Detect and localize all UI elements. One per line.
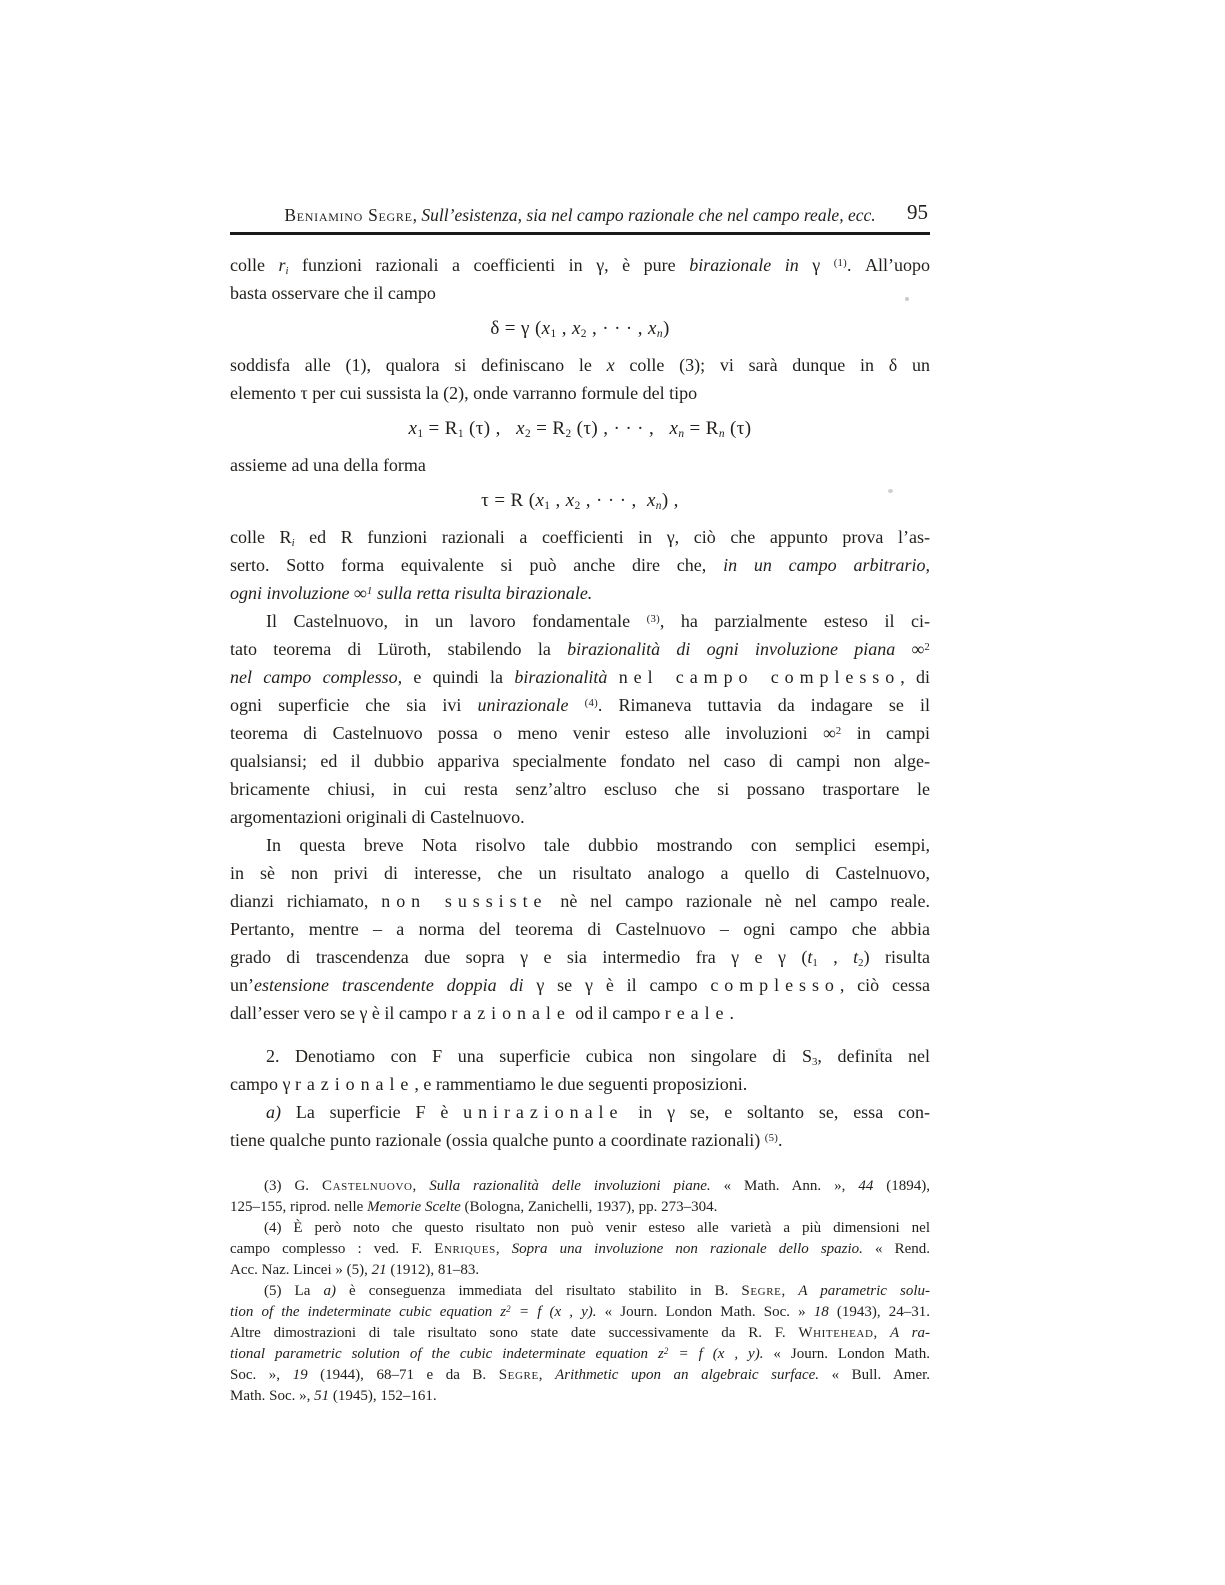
text-segment: in un campo arbitrario, [723,555,930,575]
scan-speck [888,489,893,493]
text-segment: , · · · , [581,490,647,511]
text-segment [569,695,585,715]
text-segment: unirazionale [463,1102,623,1122]
text-segment: = R [531,418,565,439]
text-segment: In questa breve Nota risolvo tale dubbio… [266,835,930,855]
text-segment: birazionale in [689,255,799,275]
text-segment: reale [665,1003,730,1023]
text-segment: (1912), 81–83. [387,1262,480,1278]
text-segment: . [778,1130,783,1150]
text-line: tion of the indeterminate cubic equation… [230,1302,930,1323]
text-segment: Pertanto, mentre – a norma del teorema d… [230,919,930,939]
text-segment: 1 [367,585,373,597]
text-segment: Memorie Scelte [367,1199,461,1215]
text-segment: (1) [834,257,847,269]
text-segment: Soc. », [230,1367,293,1383]
text-segment: 1 [458,428,464,440]
text-line: a) La superficie F è unirazionale in γ s… [230,1098,930,1126]
text-segment: un’ [230,975,254,995]
text-segment: 2 [836,725,842,737]
text-segment: tato teorema di Lüroth, stabilendo la [230,639,567,659]
text-segment: n [656,500,662,512]
text-segment: , [874,1325,891,1341]
header-author: Beniamino Segre [284,205,412,225]
text-line: argomentazioni originali di Castelnuovo. [230,803,930,831]
body-text: colle ri funzioni razionali a coefficien… [230,251,930,1154]
text-segment: x [566,490,575,511]
text-segment: e quindi la [402,667,514,687]
text-line: bricamente chiusi, in cui resta senz’alt… [230,775,930,803]
text-line: colle ri funzioni razionali a coefficien… [230,251,930,279]
text-segment: 44 [858,1178,873,1194]
text-segment: « Journ. London Math. [763,1346,930,1362]
text-segment: Sulla razionalità delle involuzioni pian… [429,1178,710,1194]
text-segment: 1 [544,500,550,512]
text-segment: n [719,428,725,440]
text-segment: n [678,428,684,440]
paragraph: a) La superficie F è unirazionale in γ s… [230,1098,930,1154]
text-segment: basta osservare che il campo [230,283,436,303]
text-segment: 3 [812,1056,817,1068]
text-segment: qualsiansi; ed il dubbio appariva specia… [230,751,930,771]
text-segment: Altre dimostrazioni di tale risultato so… [230,1325,798,1341]
text-segment: razionale [451,1003,570,1023]
text-line: tiene qualche punto razionale (ossia qua… [230,1126,930,1154]
text-segment: in sè non privi di interesse, che un ris… [230,863,930,883]
text-line: basta osservare che il campo [230,279,930,307]
text-segment: Castelnuovo [322,1178,413,1194]
text-segment: (τ) , · · · , [572,418,670,439]
text-segment: a) [266,1102,281,1122]
text-segment: , [413,1178,430,1194]
text-segment: Whitehead [798,1325,873,1341]
text-segment: in campi [841,723,930,743]
text-segment: ) , [662,490,679,511]
text-segment: estensione trascendente doppia di [254,975,524,995]
text-segment: grado di trascendenza due sopra γ e sia … [230,947,807,967]
text-line: colle Ri ed R funzioni razionali a coeff… [230,523,930,551]
text-segment: assieme ad una della forma [230,455,426,475]
paragraph: (4) È però noto che questo risultato non… [230,1218,930,1281]
text-segment: 19 [293,1367,308,1383]
text-segment: ) risulta [864,947,930,967]
paragraph: colle Ri ed R funzioni razionali a coeff… [230,523,930,607]
text-segment: ∞ [895,639,924,659]
text-segment: , [539,1367,555,1383]
paragraph: soddisfa alle (1), qualora si definiscan… [230,351,930,407]
text-segment: γ [799,255,834,275]
text-segment: od il campo [571,1003,665,1023]
text-segment: « Rend. [863,1241,930,1257]
text-segment: argomentazioni originali di Castelnuovo. [230,807,525,827]
text-line: un’estensione trascendente doppia di γ s… [230,971,930,999]
text-segment: 1 [550,328,556,340]
text-segment: colle [230,255,279,275]
text-segment: La superficie F è [281,1102,463,1122]
text-segment: (1944), 68–71 e da B. [308,1367,499,1383]
text-line: qualsiansi; ed il dubbio appariva specia… [230,747,930,775]
text-segment: Il Castelnuovo, in un lavoro fondamental… [266,611,647,631]
text-segment: « Math. Ann. », [711,1178,859,1194]
paragraph: 2. Denotiamo con F una superficie cubica… [230,1042,930,1098]
text-line: (4) È però noto che questo risultato non… [230,1218,930,1239]
running-header-text: Beniamino Segre, Sull’esistenza, sia nel… [230,203,930,227]
text-segment: soddisfa alle (1), qualora si definiscan… [230,355,607,375]
text-segment: 2 [506,1304,511,1314]
text-segment [607,667,618,687]
text-segment: birazionalità [514,667,607,687]
text-segment: (3) [647,613,660,625]
text-line: Il Castelnuovo, in un lavoro fondamental… [230,607,930,635]
text-segment: (τ) [725,418,752,439]
text-line: Math. Soc. », 51 (1945), 152–161. [230,1386,930,1407]
text-segment: dianzi richiamato, [230,891,381,911]
text-segment: 1 [417,428,423,440]
text-segment: elemento τ per cui sussista la (2), onde… [230,383,697,403]
text-line: 2. Denotiamo con F una superficie cubica… [230,1042,930,1070]
text-column: Beniamino Segre, Sull’esistenza, sia nel… [230,203,930,1407]
text-segment: complesso [710,975,839,995]
text-segment: Acc. Naz. Lincei » (5), [230,1262,372,1278]
text-line: serto. Sotto forma equivalente si può an… [230,551,930,579]
text-segment: i [292,537,295,549]
text-line: tional parametric solution of the cubic … [230,1344,930,1365]
text-segment: in γ se, e soltanto se, essa con- [623,1102,930,1122]
text-segment: 2 [565,428,571,440]
text-segment: r [279,255,286,275]
math-formula: δ = γ (x1 , x2 , · · · , xn) [230,315,930,343]
text-segment: , ciò cessa [840,975,930,995]
text-segment: x [572,318,581,339]
text-segment: campo γ [230,1074,295,1094]
text-segment: (τ) , [464,418,516,439]
text-segment: (1945), 152–161. [329,1388,437,1404]
text-line: assieme ad una della forma [230,451,930,479]
text-segment: x [516,418,525,439]
text-line: tato teorema di Lüroth, stabilendo la bi… [230,635,930,663]
text-segment: Enriques [434,1241,496,1257]
text-segment: γ se γ è il campo [524,975,711,995]
text-segment: 2 [575,500,581,512]
text-segment: ed R funzioni razionali a coefficienti i… [295,527,930,547]
text-segment: nel campo complesso [619,667,900,687]
text-line: campo γ razionale, e rammentiamo le due … [230,1070,930,1098]
text-segment: (Bologna, Zanichelli, 1937), pp. 273–304… [461,1199,718,1215]
text-segment: tional parametric solution of the cubic … [230,1346,664,1362]
text-segment: ) [663,318,670,339]
text-segment: i [286,265,289,277]
text-segment: 125–155, riprod. nelle [230,1199,367,1215]
text-segment: « Journ. London Math. Soc. » [597,1304,814,1320]
text-segment: , [550,490,565,511]
text-segment: funzioni razionali a coefficienti in γ, … [289,255,690,275]
text-segment: x [648,318,657,339]
text-segment: 1 [812,957,817,969]
text-line: Altre dimostrazioni di tale risultato so… [230,1323,930,1344]
text-segment: x [607,355,615,375]
text-line: grado di trascendenza due sopra γ e sia … [230,943,930,971]
text-line: Acc. Naz. Lincei » (5), 21 (1912), 81–83… [230,1260,930,1281]
paragraph: In questa breve Nota risolvo tale dubbio… [230,831,930,1027]
text-line: nel campo complesso, e quindi la birazio… [230,663,930,691]
paragraph: assieme ad una della forma [230,451,930,479]
text-segment: non sussiste [381,891,547,911]
text-line: dall’esser vero se γ è il campo razional… [230,999,930,1027]
text-line: elemento τ per cui sussista la (2), onde… [230,379,930,407]
text-segment: . All’uopo [847,255,930,275]
text-segment: Segre [741,1283,781,1299]
paragraph: colle ri funzioni razionali a coefficien… [230,251,930,307]
text-segment: A parametric solu- [798,1283,930,1299]
text-segment: = f (x , y). [669,1346,764,1362]
text-segment: = f (x , y). [511,1304,597,1320]
running-header: Beniamino Segre, Sull’esistenza, sia nel… [230,203,930,229]
text-line: teorema di Castelnuovo possa o meno veni… [230,719,930,747]
text-segment: nè nel campo razionale nè nel campo real… [547,891,930,911]
header-title: Sull’esistenza, sia nel campo razionale … [421,205,875,225]
text-segment: 21 [372,1262,387,1278]
text-segment: , · · · , [587,318,648,339]
text-segment: (3) G. [264,1178,322,1194]
text-segment: « Bull. Amer. [819,1367,930,1383]
text-line: soddisfa alle (1), qualora si definiscan… [230,351,930,379]
text-segment: sulla retta risulta birazionale. [372,583,592,603]
text-segment: birazionalità di ogni involuzione piana [567,639,895,659]
text-segment: colle (3); vi sarà dunque in δ un [615,355,930,375]
text-segment: x [535,490,544,511]
text-segment: , di [900,667,930,687]
math-formula: τ = R (x1 , x2 , · · · , xn) , [230,487,930,515]
text-segment: n [657,328,663,340]
text-segment: Arithmetic upon an algebraic surface. [555,1367,819,1383]
text-segment: . [729,1003,734,1023]
paragraph: Il Castelnuovo, in un lavoro fondamental… [230,607,930,831]
text-line: Pertanto, mentre – a norma del teorema d… [230,915,930,943]
text-segment: (1943), 24–31. [829,1304,930,1320]
text-segment: Segre [499,1367,539,1383]
text-segment: teorema di Castelnuovo possa o meno veni… [230,723,836,743]
text-line: In questa breve Nota risolvo tale dubbio… [230,831,930,859]
text-line: in sè non privi di interesse, che un ris… [230,859,930,887]
text-segment: 2 [924,641,930,653]
text-line: Soc. », 19 (1944), 68–71 e da B. Segre, … [230,1365,930,1386]
text-segment: unirazionale [478,695,569,715]
text-segment: , [818,947,853,967]
footnotes: (3) G. Castelnuovo, Sulla razionalità de… [230,1176,930,1407]
text-segment: è conseguenza immediata del risultato st… [336,1283,741,1299]
text-segment: razionale [295,1074,414,1094]
text-segment: dall’esser vero se γ è il campo [230,1003,451,1023]
text-segment: , definita nel [817,1046,930,1066]
text-segment: 2 [858,957,863,969]
text-segment: (1894), [873,1178,930,1194]
text-line: (5) La a) è conseguenza immediata del ri… [230,1281,930,1302]
paragraph: (3) G. Castelnuovo, Sulla razionalità de… [230,1176,930,1218]
text-segment: bricamente chiusi, in cui resta senz’alt… [230,779,930,799]
text-segment: A ra- [890,1325,930,1341]
text-segment: 2 [581,328,587,340]
text-segment: 2 [664,1346,669,1356]
header-rule [230,232,930,235]
document-page: Beniamino Segre, Sull’esistenza, sia nel… [0,0,1225,1585]
text-segment: 51 [314,1388,329,1404]
page-number: 95 [907,200,928,224]
text-segment: . Rimaneva tuttavia da indagare se il [598,695,930,715]
text-segment: 2 [525,428,531,440]
text-segment: δ = γ ( [490,318,541,339]
text-line: (3) G. Castelnuovo, Sulla razionalità de… [230,1176,930,1197]
text-segment: Sopra una involuzione non razionale dell… [512,1241,863,1257]
text-segment: a) [323,1283,336,1299]
text-segment: 18 [814,1304,829,1320]
text-segment: ogni superficie che sia ivi [230,695,478,715]
text-segment: = R [684,418,718,439]
text-segment: campo complesso : ved. F. [230,1241,434,1257]
text-segment: Math. Soc. », [230,1388,314,1404]
text-segment: tiene qualche punto razionale (ossia qua… [230,1130,765,1150]
text-segment: , [496,1241,512,1257]
text-segment: , e rammentiamo le due seguenti proposiz… [414,1074,747,1094]
text-line: 125–155, riprod. nelle Memorie Scelte (B… [230,1197,930,1218]
paragraph: (5) La a) è conseguenza immediata del ri… [230,1281,930,1407]
text-segment: , [557,318,572,339]
text-line: ogni superficie che sia ivi unirazionale… [230,691,930,719]
text-segment: nel campo complesso, [230,667,402,687]
text-line: ogni involuzione ∞1 sulla retta risulta … [230,579,930,607]
text-segment: colle R [230,527,292,547]
text-line: campo complesso : ved. F. Enriques, Sopr… [230,1239,930,1260]
scan-speck [905,297,909,301]
text-segment: 2. Denotiamo con F una superficie cubica… [266,1046,812,1066]
text-segment: x [409,418,418,439]
scan-speck [878,1048,881,1051]
text-segment: , [781,1283,798,1299]
text-line: dianzi richiamato, non sussiste nè nel c… [230,887,930,915]
text-segment: tion of the indeterminate cubic equation… [230,1304,506,1320]
text-segment: serto. Sotto forma equivalente si può an… [230,555,723,575]
text-segment: (5) La [264,1283,323,1299]
text-segment: (4) È però noto che questo risultato non… [264,1220,930,1236]
text-segment: (4) [585,697,598,709]
text-segment: x [647,490,656,511]
text-segment: τ = R ( [481,490,535,511]
math-formula: x1 = R1 (τ) , x2 = R2 (τ) , · · · , xn =… [230,415,930,443]
text-segment: = R [423,418,457,439]
text-segment: , ha parzialmente esteso il ci- [660,611,930,631]
text-segment: (5) [765,1132,778,1144]
text-segment: ogni involuzione ∞ [230,583,367,603]
